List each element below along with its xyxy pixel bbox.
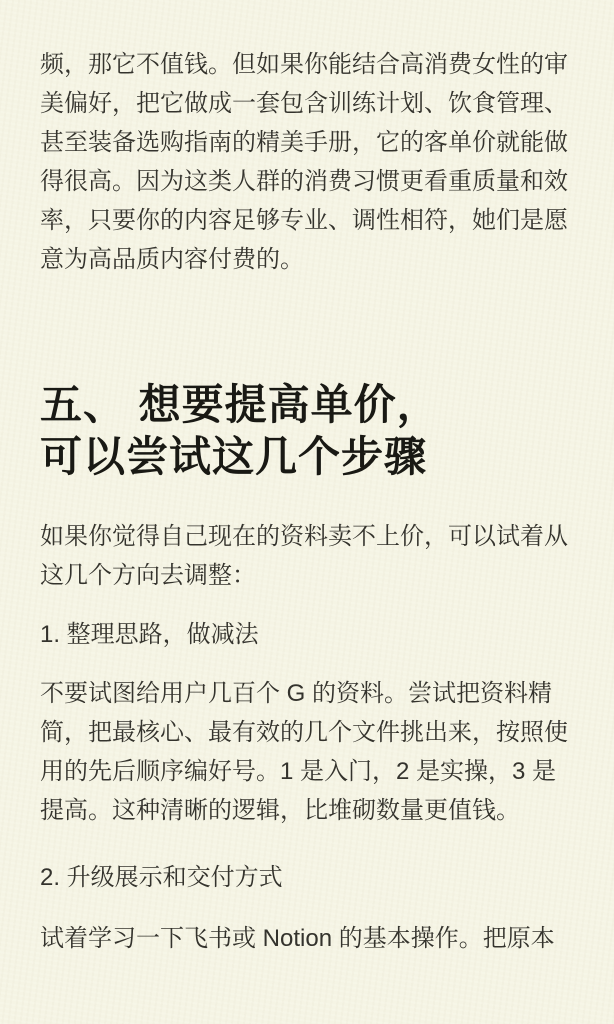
section-heading-line-2: 可以尝试这几个步骤 [40, 431, 576, 483]
paragraph-tip-2: 试着学习一下飞书或 Notion 的基本操作。把原本 [40, 919, 576, 958]
paragraph-tip-1: 不要试图给用户几百个 G 的资料。尝试把资料精简，把最核心、最有效的几个文件挑出… [40, 674, 576, 830]
paragraph-continuation: 频，那它不值钱。但如果你能结合高消费女性的审美偏好，把它做成一套包含训练计划、饮… [40, 45, 576, 279]
list-item-1-title: 1. 整理思路，做减法 [40, 615, 576, 654]
paragraph-intro: 如果你觉得自己现在的资料卖不上价，可以试着从这几个方向去调整： [40, 517, 576, 595]
section-heading: 五、 想要提高单价， 可以尝试这几个步骤 [40, 379, 576, 483]
section-heading-line-1: 五、 想要提高单价， [40, 379, 576, 431]
list-item-2-title: 2. 升级展示和交付方式 [40, 858, 576, 897]
article-page: 频，那它不值钱。但如果你能结合高消费女性的审美偏好，把它做成一套包含训练计划、饮… [0, 0, 614, 1024]
